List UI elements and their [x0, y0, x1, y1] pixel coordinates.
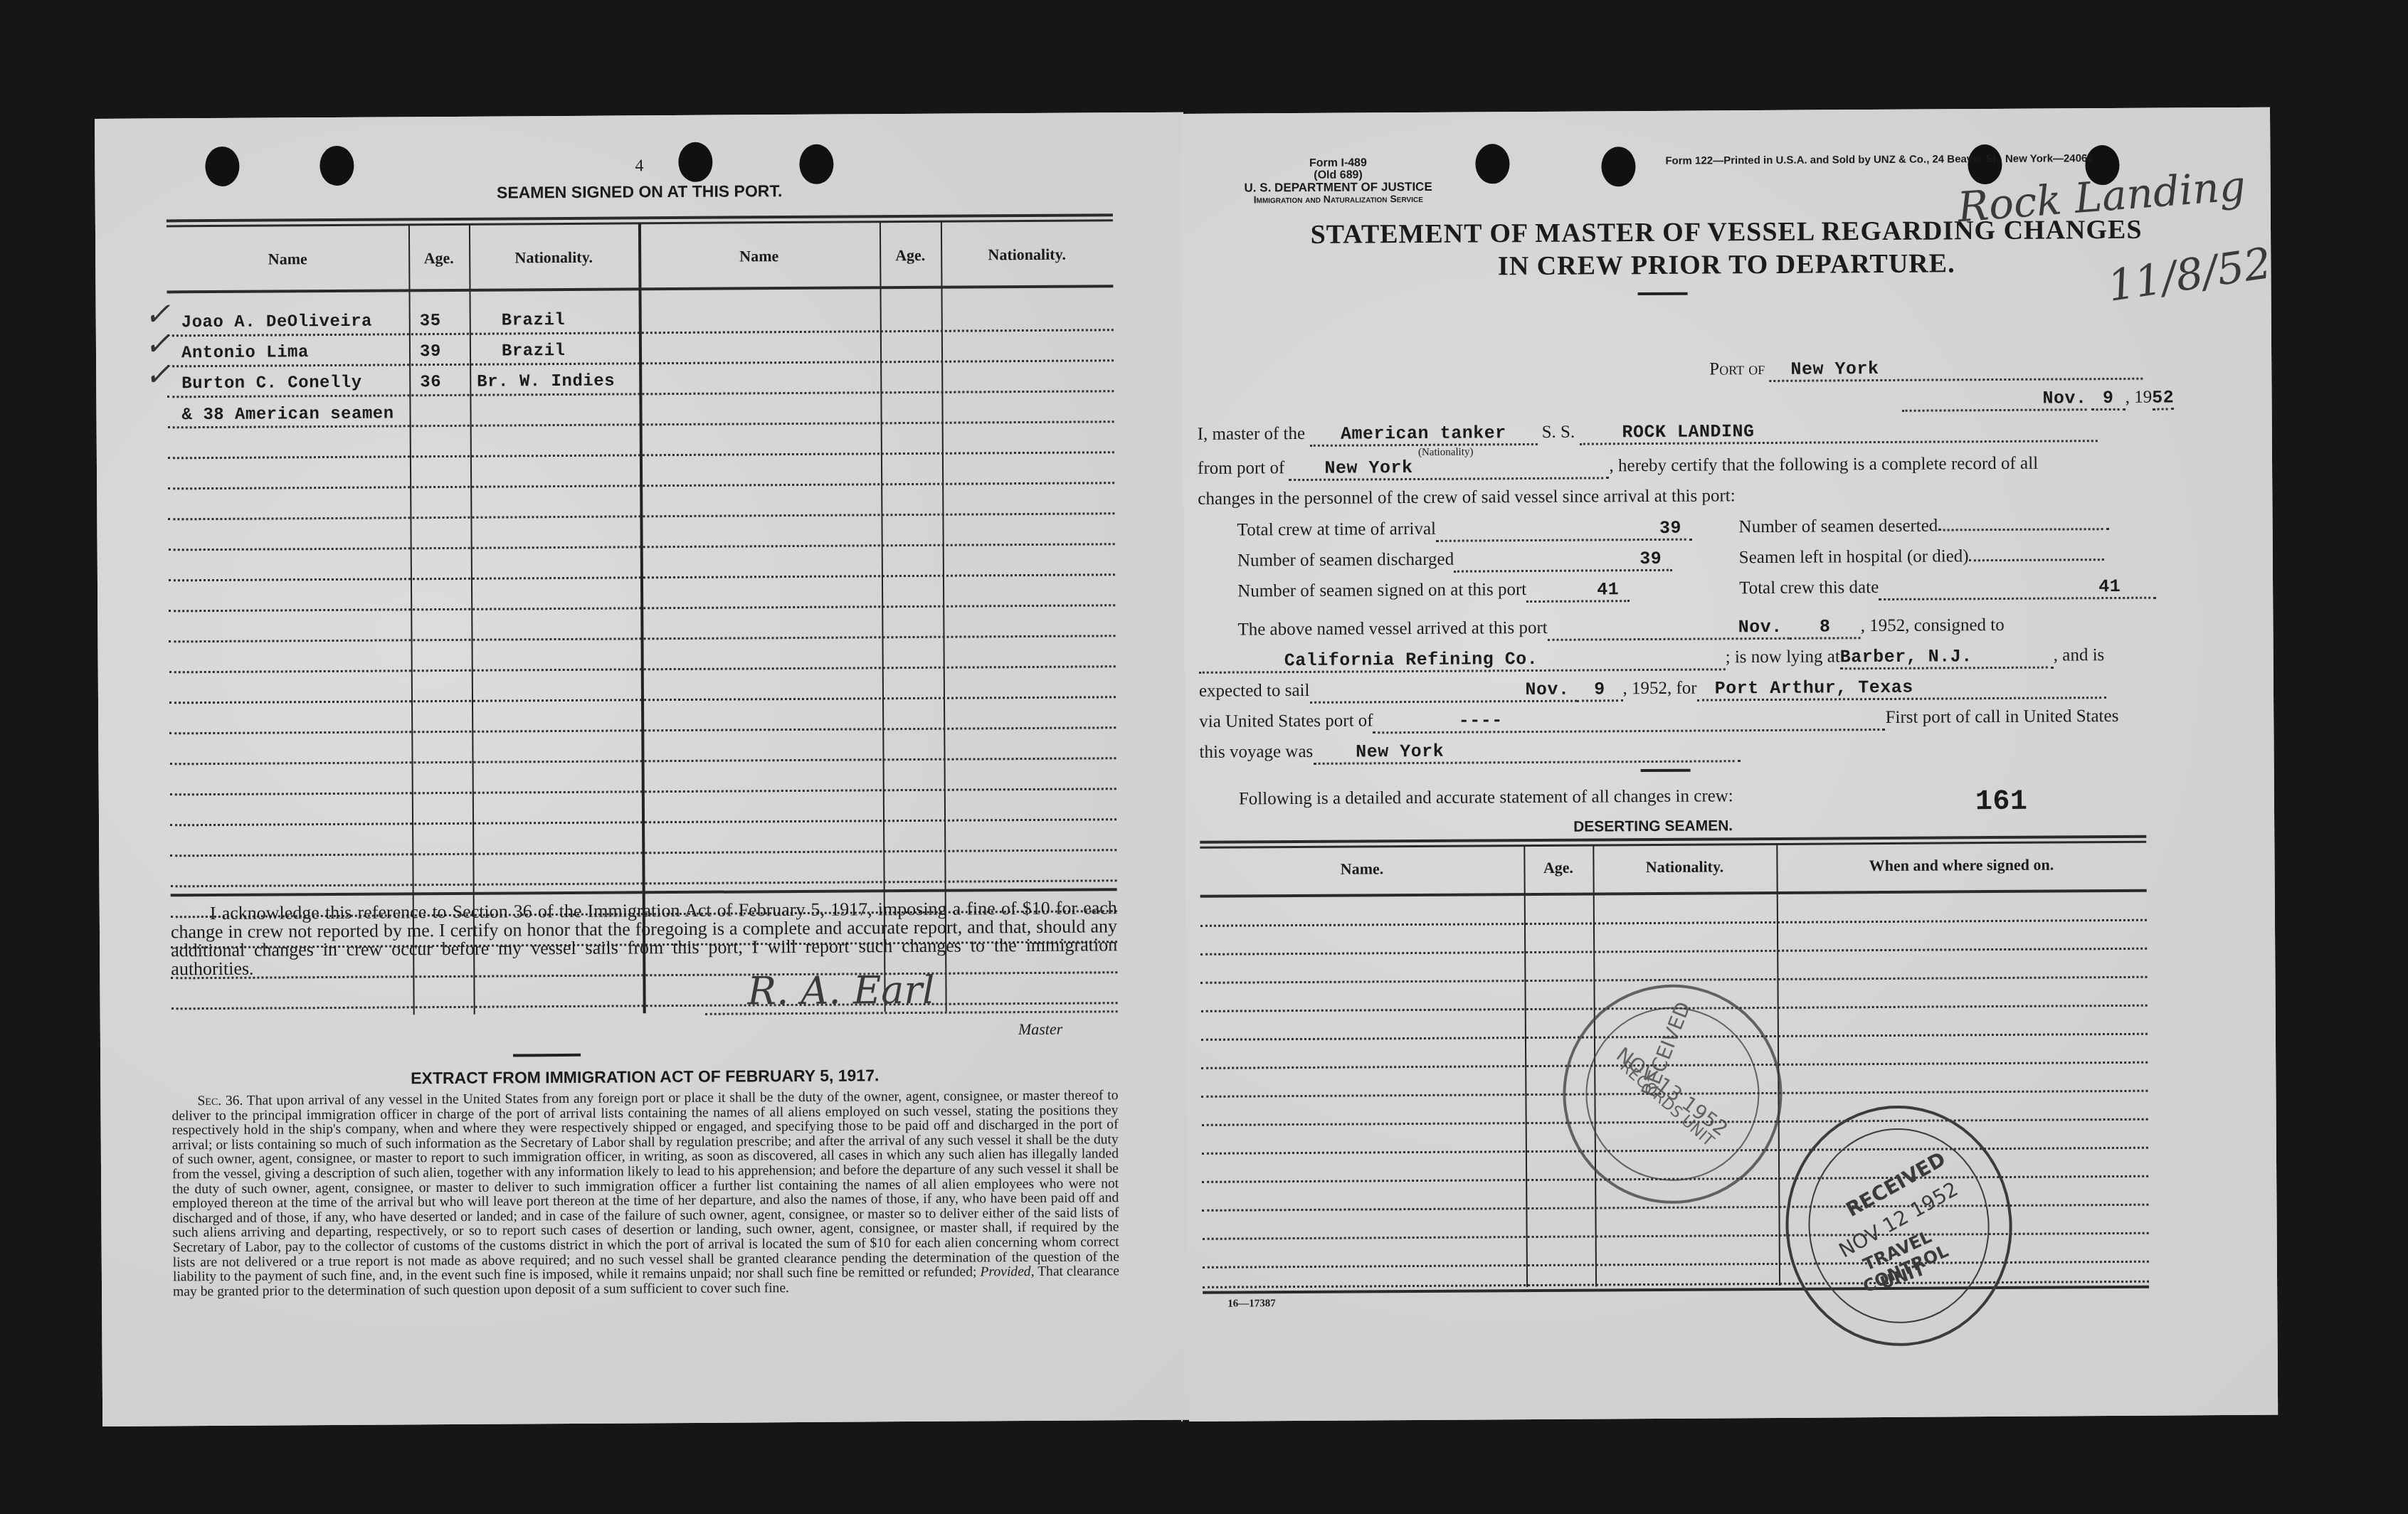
deserted-value [1938, 528, 2108, 531]
hospital-value [1969, 559, 2104, 561]
from-port-label: from port of [1198, 458, 1284, 478]
row-name: & 38 American seamen [181, 404, 394, 425]
for-label: , for [1667, 679, 1697, 698]
vessel-name: ROCK LANDING [1579, 419, 2097, 445]
footer-code: 16—17387 [1227, 1298, 1276, 1310]
deserted-label: Number of seamen deserted [1738, 517, 1938, 537]
column-header-name: Name. [1200, 859, 1524, 879]
via-value: ---- [1373, 708, 1886, 734]
row-age: 39 [420, 342, 441, 361]
and-is-label: , and is [2054, 645, 2105, 665]
via-field: via United States port of----First port … [1199, 706, 2118, 735]
printer-line: Form 122—Printed in U.S.A. and Sold by U… [1665, 152, 2093, 167]
service: Immigration and Naturalization Service [1225, 193, 1452, 206]
hospital-label: Seamen left in hospital (or died) [1739, 546, 1969, 567]
nationality-value: American tanker [1309, 423, 1537, 447]
voyage-label: this voyage was [1199, 742, 1313, 762]
extract-provided: Provided, [980, 1264, 1034, 1279]
extract-section-label: Sec. 36. [171, 1094, 243, 1109]
arrival-day: 8 [1790, 616, 1861, 640]
punch-hole [1601, 147, 1635, 186]
divider [1638, 292, 1688, 295]
row-age: 36 [420, 373, 441, 392]
port-field: Port of New York [1709, 357, 2143, 383]
row-name: Burton C. Conelly [181, 374, 362, 394]
punch-hole [1475, 144, 1509, 184]
deserted-field: Number of seamen deserted [1738, 515, 2108, 537]
first-port-label: First port of call in United States [1886, 706, 2119, 727]
right-page: Form I-489 (Old 689) U. S. DEPARTMENT OF… [1181, 107, 2278, 1422]
arrival-year: , 1952 [1861, 616, 1906, 635]
master-signature: R. A. Earl [747, 968, 934, 1014]
via-label: via United States port of [1199, 711, 1373, 731]
signature-label: Master [1018, 1020, 1062, 1039]
signed-on-label: Number of seamen signed on at this port [1237, 580, 1526, 600]
department: U. S. DEPARTMENT OF JUSTICE [1225, 181, 1452, 194]
column-divider [941, 222, 947, 1012]
consigned-label: , consigned to [1905, 615, 2005, 635]
consignee-field: California Refining Co.; is now lying at… [1199, 645, 2105, 674]
arrival-field: The above named vessel arrived at this p… [1237, 615, 2005, 643]
total-crew-arrival-field: Total crew at time of arrival39 [1237, 518, 1692, 544]
lying-label: ; is now lying at [1726, 647, 1840, 667]
date-year-prefix: , 19 [2126, 388, 2153, 407]
master-label: I, master of the [1198, 424, 1306, 444]
page-number: 4 [95, 154, 1183, 179]
ss-label: S. S. [1542, 423, 1575, 442]
divider [1641, 769, 1691, 772]
form-title-line-1: STATEMENT OF MASTER OF VESSEL REGARDING … [1182, 213, 2271, 252]
total-crew-arrival-label: Total crew at time of arrival [1237, 519, 1436, 540]
port-label: Port of [1709, 359, 1765, 378]
signed-on-value: 41 [1526, 579, 1630, 603]
left-page: 4 SEAMEN SIGNED ON AT THIS PORT. Name Ag… [95, 112, 1191, 1426]
total-today-field: Total crew this date41 [1739, 576, 2156, 602]
extract-body: Sec. 36. That upon arrival of any vessel… [171, 1089, 1119, 1299]
row-age: 35 [420, 312, 441, 331]
destination-value: Port Arthur, Texas [1697, 676, 2106, 702]
row-nationality: Brazil [502, 342, 566, 361]
voyage-field: this voyage wasNew York [1199, 739, 1740, 766]
total-today-label: Total crew this date [1739, 578, 1879, 598]
sail-label: expected to sail [1199, 681, 1310, 701]
following-text: Following is a detailed and accurate sta… [1239, 786, 1733, 809]
discharged-label: Number of seamen discharged [1237, 550, 1454, 571]
discharged-field: Number of seamen discharged39 [1237, 549, 1672, 574]
column-divider [638, 223, 646, 1013]
column-header-name: Name [167, 249, 408, 269]
deserting-title: DESERTING SEAMEN. [1573, 817, 1733, 835]
column-header-age: Age. [408, 249, 469, 268]
form-title-line-2: IN CREW PRIOR TO DEPARTURE. [1182, 245, 2271, 285]
stamp-number: 161 [1975, 786, 2028, 818]
signed-on-field: Number of seamen signed on at this port4… [1237, 579, 1630, 604]
date-year: 52 [2152, 387, 2173, 410]
total-crew-arrival-value: 39 [1436, 518, 1692, 542]
form-title: STATEMENT OF MASTER OF VESSEL REGARDING … [1182, 213, 2271, 285]
row-name: Antonio Lima [181, 343, 309, 363]
sail-month: Nov. [1309, 679, 1576, 704]
master-field: I, master of the American tanker S. S. R… [1198, 419, 2098, 448]
section-title: SEAMEN SIGNED ON AT THIS PORT. [95, 179, 1184, 205]
sail-year: , 1952 [1622, 679, 1667, 698]
date-field: Nov. 9, 1952 [1901, 387, 2173, 411]
discharged-value: 39 [1454, 549, 1672, 573]
check-mark-icon: ✓ [144, 356, 171, 393]
row-name: Joao A. DeOliveira [181, 312, 372, 333]
form-header: Form I-489 (Old 689) U. S. DEPARTMENT OF… [1224, 157, 1452, 206]
date-month: Nov. [1901, 388, 2086, 412]
row-nationality: Brazil [502, 311, 566, 331]
from-port-field: from port of New York, hereby certify th… [1198, 454, 2038, 482]
date-day: 9 [2091, 388, 2126, 411]
extract-text: That upon arrival of any vessel in the U… [171, 1088, 1119, 1284]
lying-at-value: Barber, N.J. [1840, 646, 2054, 670]
column-header-signed-on: When and where signed on. [1776, 855, 2146, 876]
certify-text: , hereby certify that the following is a… [1609, 454, 2038, 476]
column-header-nationality-2: Nationality. [941, 245, 1113, 264]
extract-title: EXTRACT FROM IMMIGRATION ACT OF FEBRUARY… [100, 1064, 1189, 1090]
hospital-field: Seamen left in hospital (or died) [1739, 546, 2104, 568]
column-header-age-2: Age. [880, 246, 941, 265]
consignee-value: California Refining Co. [1199, 647, 1726, 674]
changes-text: changes in the personnel of the crew of … [1198, 486, 1735, 509]
column-header-nationality: Nationality. [469, 248, 638, 267]
column-header-age: Age. [1524, 858, 1593, 877]
port-value: New York [1769, 357, 2143, 382]
column-header-nationality: Nationality. [1593, 857, 1776, 877]
sail-day: 9 [1576, 679, 1622, 702]
column-divider [408, 225, 415, 1015]
column-header-name-2: Name [638, 246, 880, 266]
from-port-value: New York [1289, 456, 1609, 481]
arrival-label: The above named vessel arrived at this p… [1237, 618, 1547, 640]
column-divider [469, 225, 475, 1015]
divider [513, 1054, 581, 1057]
sail-field: expected to sailNov.9, 1952, forPort Art… [1199, 676, 2106, 704]
voyage-value: New York [1313, 739, 1740, 765]
row-nationality: Br. W. Indies [477, 372, 615, 392]
arrival-month: Nov. [1548, 617, 1790, 641]
form-id: Form I-489 [1224, 157, 1452, 170]
acknowledgement-text: I acknowledge this reference to Section … [171, 899, 1118, 978]
column-divider [880, 222, 886, 1012]
total-today-value: 41 [1879, 576, 2156, 600]
